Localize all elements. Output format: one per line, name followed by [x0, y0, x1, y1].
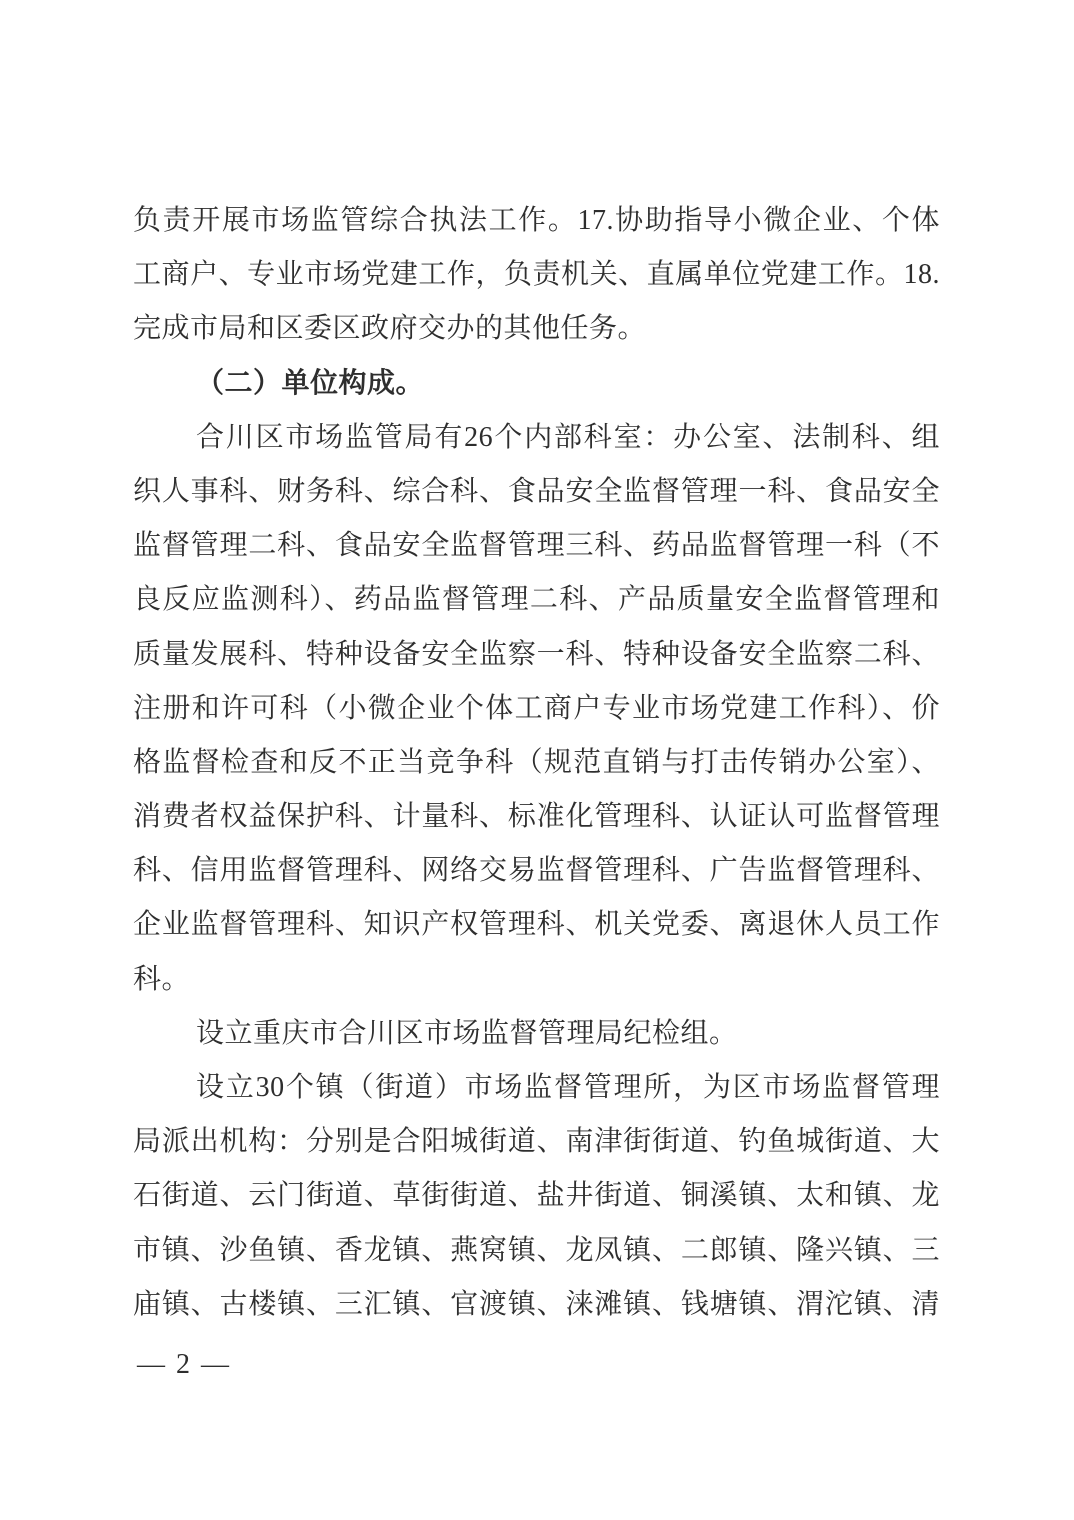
- text-line: 负责开展市场监管综合执法工作。17.协助指导小微企业、个体: [133, 194, 940, 248]
- text-line: 监督管理二科、食品安全监督管理三科、药品监督管理一科（不: [133, 519, 940, 573]
- page-number: — 2 —: [137, 1345, 231, 1385]
- text-line: 注册和许可科（小微企业个体工商户专业市场党建工作科）、价: [133, 682, 940, 736]
- text-line: 工商户、专业市场党建工作，负责机关、直属单位党建工作。18.: [133, 248, 940, 302]
- text-line: 质量发展科、特种设备安全监察一科、特种设备安全监察二科、: [133, 628, 940, 682]
- text-line: 消费者权益保护科、计量科、标准化管理科、认证认可监督管理: [133, 790, 940, 844]
- document-body: 负责开展市场监管综合执法工作。17.协助指导小微企业、个体工商户、专业市场党建工…: [133, 194, 940, 1332]
- text-line: 格监督检查和反不正当竞争科（规范直销与打击传销办公室）、: [133, 736, 940, 790]
- text-line: 局派出机构：分别是合阳城街道、南津街街道、钓鱼城街道、大: [133, 1115, 940, 1169]
- text-line: 合川区市场监管局有26个内部科室：办公室、法制科、组: [133, 411, 940, 465]
- text-line: 市镇、沙鱼镇、香龙镇、燕窝镇、龙凤镇、二郎镇、隆兴镇、三: [133, 1224, 940, 1278]
- text-line: 企业监督管理科、知识产权管理科、机关党委、离退休人员工作: [133, 898, 940, 952]
- text-line: 庙镇、古楼镇、三汇镇、官渡镇、涞滩镇、钱塘镇、渭沱镇、清: [133, 1278, 940, 1332]
- text-line: 设立30个镇（街道）市场监督管理所，为区市场监督管理: [133, 1061, 940, 1115]
- text-line: 科、信用监督管理科、网络交易监督管理科、广告监督管理科、: [133, 844, 940, 898]
- document-page: 负责开展市场监管综合执法工作。17.协助指导小微企业、个体工商户、专业市场党建工…: [0, 0, 1074, 1520]
- text-line: 织人事科、财务科、综合科、食品安全监督管理一科、食品安全: [133, 465, 940, 519]
- text-line: 设立重庆市合川区市场监督管理局纪检组。: [133, 1007, 940, 1061]
- text-line: 完成市局和区委区政府交办的其他任务。: [133, 302, 940, 356]
- text-line: 良反应监测科）、药品监督管理二科、产品质量安全监督管理和: [133, 573, 940, 627]
- text-line: 科。: [133, 953, 940, 1007]
- text-line: （二）单位构成。: [133, 357, 940, 411]
- text-line: 石街道、云门街道、草街街道、盐井街道、铜溪镇、太和镇、龙: [133, 1169, 940, 1223]
